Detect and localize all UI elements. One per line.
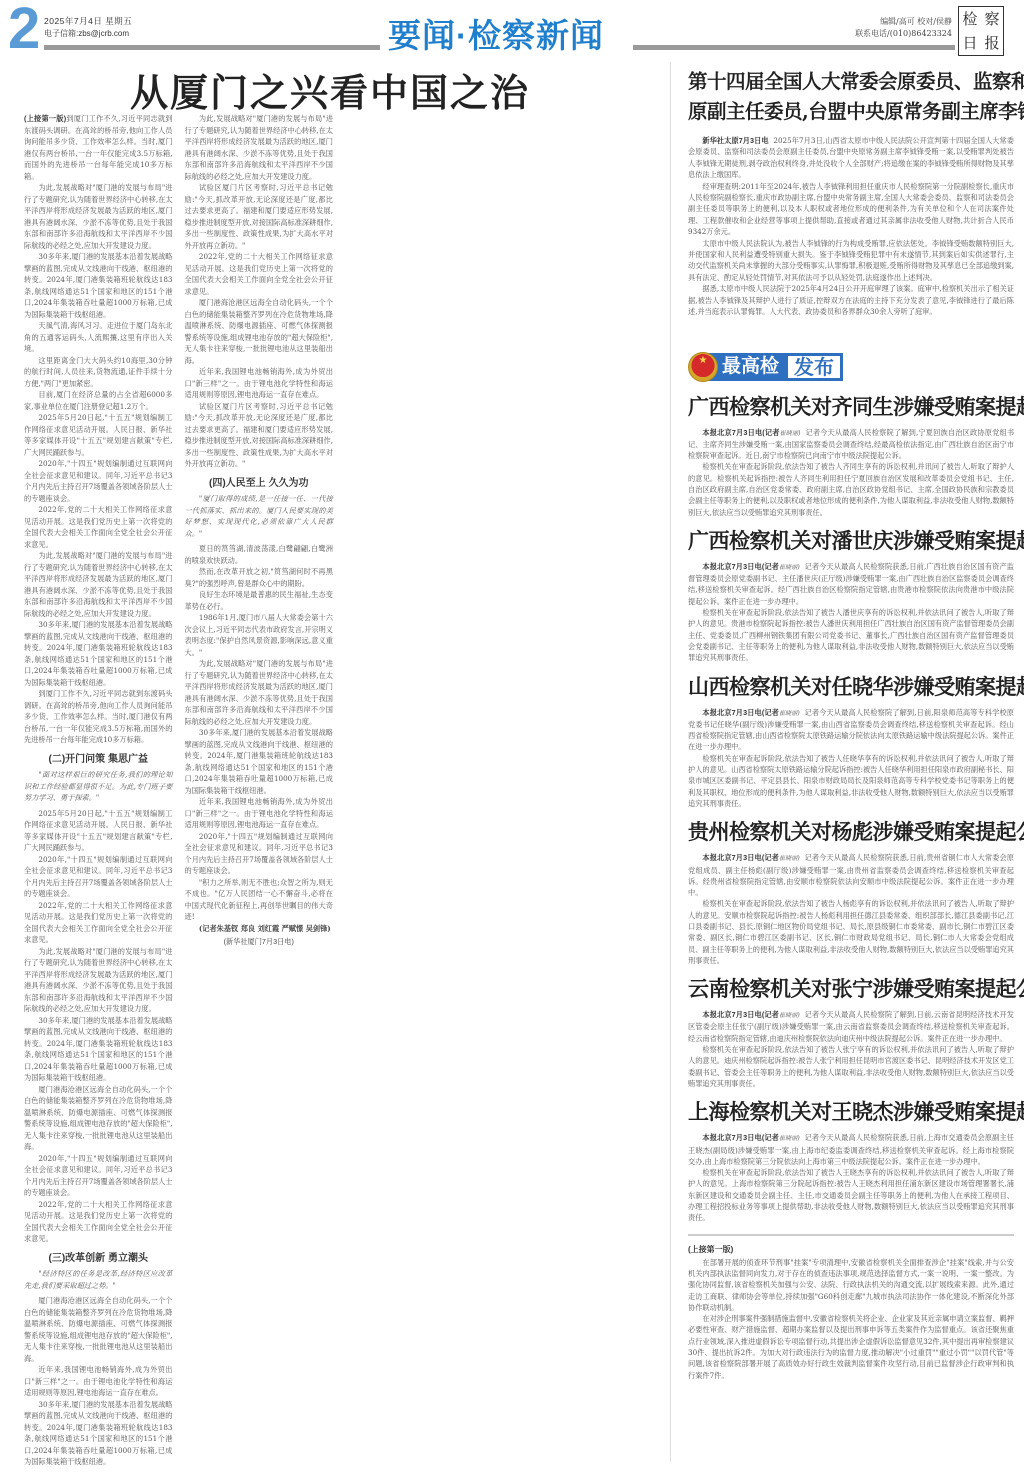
article-paragraph: 2020年,"十四五"规划编制通过互联网向全社会征求意见和建议。同年,习近平总书…	[185, 831, 334, 877]
case-article: 上海检察机关对王晓杰涉嫌受贿案提起公诉 本报北京7月3日电(记者崔晓丽) 记者今…	[688, 1097, 1014, 1223]
article-paragraph: 为此,发展战略对"厦门港的发展与布局"进行了专题研究,认为随着世界经济中心转移,…	[24, 946, 173, 1015]
case-article: 广西检察机关对齐同生涉嫌受贿案提起公诉 本报北京7月3日电(记者崔晓丽) 记者今…	[688, 392, 1014, 518]
masthead-rule-right	[633, 45, 955, 50]
issue-date: 2025年7月4日 星期五	[44, 15, 132, 27]
case-article: 云南检察机关对张宁涉嫌受贿案提起公诉 本报北京7月3日电(记者崔晓丽) 记者今天…	[688, 974, 1014, 1089]
article-paragraph: 为此,发展战略对"厦门港的发展与布局"进行了专题研究,认为随着世界经济中心转移,…	[24, 182, 173, 251]
contact-phone: 联系电话/(010)86423324	[855, 28, 952, 39]
lead-story-headline-line1: 第十四届全国人大常委会原委员、监察和司法委员会	[688, 67, 1014, 97]
article-paragraph: 本报北京7月3日电(记者崔晓丽) 记者今天从最高人民检察院了解到,日前,阳泉师范…	[688, 707, 1014, 753]
main-article-body: (上接第一版)到厦门工作不久,习近平同志就到东渡码头调研。在高耸的桥吊旁,他向工…	[24, 113, 654, 1468]
email-address[interactable]: 电子信箱:zbs@jcrb.com	[44, 28, 129, 39]
banner-label-main: 最高检	[708, 353, 785, 381]
article-paragraph: 为此,发展战略对"厦门港的发展与布局"进行了专题研究,认为随着世界经济中心转移,…	[185, 658, 334, 727]
procuratorate-emblem-icon	[688, 352, 718, 382]
article-paragraph: 2020年,"十四五"规划编制通过互联网向全社会征求意见和建议。同年,习近平总书…	[24, 1153, 173, 1199]
column-divider	[670, 62, 671, 1462]
section-subhead: (三)改革创新 勇立潮头	[24, 1253, 173, 1265]
article-paragraph: 近年来,我国锂电池畅销海外,成为外贸出口"新三样"之一。由于锂电池化学特性和海运…	[24, 1364, 173, 1399]
article-paragraph: 夏日的筼筜湖,清波荡漾,白鹭翩翩,白鹭洲的喷泉欢快跃动。	[185, 543, 334, 566]
article-paragraph: 30多年来,厦门港的发展基本沿着发展战略擘画的蓝图,完成从文线港向干线港、枢纽港…	[24, 1015, 173, 1084]
logo-char: 报	[981, 31, 1003, 55]
banner-label-sub: 发布	[785, 353, 843, 381]
article-paragraph: 天風气清,海风习习。走进位于厦门岛东北角的五通客运码头,人流熙攘,这里有序出入关…	[24, 320, 173, 355]
continued-article: (上接第一版) 在部署开展的侦查环节刑事"挂案"专项清理中,安徽省检察机关全面排…	[688, 1244, 1014, 1381]
article-paragraph: 2025年5月20日起,"十五五"规划编制工作网络征求意见活动开展。人民日报、新…	[24, 808, 173, 854]
article-paragraph: 本报北京7月3日电(记者崔晓丽) 记者今天从最高人民检察院了解到,宁夏回族自治区…	[688, 427, 1014, 462]
article-paragraph: 2022年,党的二十大相关工作网络征求意见活动开展。这是我们党历史上第一次将党的…	[185, 251, 334, 297]
article-paragraph: 检察机关在审查起诉阶段,依法告知了被告人潘世庆享有的诉讼权利,并依法讯问了被告人…	[688, 607, 1014, 663]
case-body: 本报北京7月3日电(记者崔晓丽) 记者今天从最高人民检察院了解到,日前,阳泉师范…	[688, 707, 1014, 810]
main-article-headline: 从厦门之兴看中国之治	[0, 62, 660, 117]
editor-credits: 编辑/高可 校对/侯静	[880, 16, 952, 27]
article-paragraph: 1986年1月,厦门市八届人大常委会第十六次会议上,习近平同志代表市政府发言,开…	[185, 612, 334, 658]
masthead-rule-left	[44, 45, 380, 50]
lead-story-headline-line2: 原副主任委员,台盟中央原常务副主席李钺锋受贿案一审宣判	[688, 97, 1014, 127]
article-paragraph: 良好生态环境是最普惠的民生福祉,生态变革势在必行。	[185, 589, 334, 612]
article-paragraph: 到厦门工作不久,习近平同志就到东渡码头调研。在高耸的桥吊旁,他向工作人员询问能吊…	[24, 688, 173, 746]
article-paragraph: "积力之所举,则无不胜也;众智之所为,则无不成也。"亿万人民团结一心不懈奋斗,必…	[185, 877, 334, 923]
case-body: 本报北京7月3日电(记者崔晓丽) 记者今天从最高人民检察院了解到,宁夏回族自治区…	[688, 427, 1014, 518]
continued-body: 在部署开展的侦查环节刑事"挂案"专项清理中,安徽省检察机关全面排查涉企"挂案"线…	[688, 1257, 1014, 1381]
article-paragraph: 经审理查明:2011年至2024年,被告人李钺锋利用担任重庆市人民检察院第一分院…	[688, 181, 1014, 238]
case-body: 本报北京7月3日电(记者崔晓丽) 记者今天从最高人民检察院了解到,日前,云南省昆…	[688, 1009, 1014, 1089]
continued-tag: (上接第一版)	[688, 1244, 1014, 1255]
article-paragraph: 30多年来,厦门港的发展基本沿着发展战略擘画的蓝图,完成从文线港向干线港、枢纽港…	[24, 619, 173, 688]
article-paragraph: 然而,在改革开放之初,"筼筜湖何时不再黑臭?"的强烈呼声,曾是群众心中的期盼。	[185, 566, 334, 589]
spp-release-banner: 最高检 发布	[688, 350, 1014, 384]
case-headline: 广西检察机关对齐同生涉嫌受贿案提起公诉	[688, 392, 1014, 422]
lead-story-body: 新华社太原7月3日电 2025年7月3日,山西省太原市中级人民法院公开宣判第十四…	[688, 135, 1014, 318]
section-quote: "经济特区的任务是改革,经济特区应改革先走,我们要采取超过之势。"	[24, 1268, 173, 1291]
article-paragraph: 据悉,太原市中级人民法院于2025年4月24日公开开庭审理了该案。庭审中,检察机…	[688, 283, 1014, 317]
newspaper-logo: 检 察 日 报	[958, 6, 1004, 56]
page-number: 2	[8, 2, 40, 56]
article-paragraph: 近年来,我国锂电池畅销海外,成为外贸出口"新三样"之一。由于锂电池化学特性和海运…	[185, 796, 334, 831]
section-title: 要闻·检察新闻	[388, 10, 604, 57]
article-paragraph: 目前,厦门在经济总量的占全省超6000多家,事业单位在厦门注册登记超1.2万个。	[24, 389, 173, 412]
article-paragraph: 为此,发展战略对"厦门港的发展与布局"进行了专题研究,认为随着世界经济中心转移,…	[24, 550, 173, 619]
case-body: 本报北京7月3日电(记者崔晓丽) 记者今天从最高人民检察院获悉,日前,广西壮族自…	[688, 561, 1014, 664]
article-paragraph: 厦门港海沧港区远海全自动化码头,一个个白色的储能集装箱整齐罗列在冷危货物堆场,降…	[24, 1084, 173, 1153]
article-paragraph: 2020年,"十四五"规划编制通过互联网向全社会征求意见和建议。同年,习近平总书…	[24, 458, 173, 504]
article-paragraph: 新华社太原7月3日电 2025年7月3日,山西省太原市中级人民法院公开宣判第十四…	[688, 135, 1014, 181]
case-body: 本报北京7月3日电(记者崔晓丽) 记者今天从最高人民检察院获悉,日前,贵州省铜仁…	[688, 852, 1014, 966]
case-headline: 广西检察机关对潘世庆涉嫌受贿案提起公诉	[688, 526, 1014, 556]
article-paragraph: 30多年来,厦门港的发展基本沿着发展战略擘画的蓝图,完成从文线港向干线港、枢纽港…	[185, 727, 334, 796]
article-paragraph: 在对涉企刑事案件强制措施监督中,安徽省检察机关将企业、企业家及其近亲属申请立案监…	[688, 1313, 1014, 1381]
article-paragraph: 检察机关在审查起诉阶段,依法告知了被告人任晓华享有的诉讼权利,并依法讯问了被告人…	[688, 753, 1014, 809]
article-paragraph: 为此,发展战略对"厦门港的发展与布局"进行了专题研究,认为随着世界经济中心转移,…	[185, 113, 334, 182]
section-quote: "面对这样艰巨的研究任务,我们的理论知识和工作经验都显得很不足。为此,专门班子要…	[24, 769, 173, 804]
case-article: 山西检察机关对任晓华涉嫌受贿案提起公诉 本报北京7月3日电(记者崔晓丽) 记者今…	[688, 672, 1014, 810]
article-paragraph: 2020年,"十四五"规划编制通过互联网向全社会征求意见和建议。同年,习近平总书…	[24, 854, 173, 900]
article-paragraph: 近年来,我国锂电池畅销海外,成为外贸出口"新三样"之一。由于锂电池化学特性和海运…	[185, 366, 334, 401]
right-column: 第十四届全国人大常委会原委员、监察和司法委员会 原副主任委员,台盟中央原常务副主…	[688, 60, 1014, 1381]
continued-tag: (上接第一版)	[24, 114, 66, 123]
article-paragraph: 2022年,党的二十大相关工作网络征求意见活动开展。这是我们党历史上第一次将党的…	[24, 1199, 173, 1245]
case-article: 广西检察机关对潘世庆涉嫌受贿案提起公诉 本报北京7月3日电(记者崔晓丽) 记者今…	[688, 526, 1014, 664]
article-paragraph: 30多年来,厦门港的发展基本沿着发展战略擘画的蓝图,完成从文线港向干线港、枢纽港…	[24, 1399, 173, 1468]
article-paragraph: 检察机关在审查起诉阶段,依法告知了被告人张宁享有的诉讼权利,并依法讯问了被告人,…	[688, 1044, 1014, 1089]
article-paragraph: 本报北京7月3日电(记者崔晓丽) 记者今天从最高人民检察院获悉,日前,广西壮族自…	[688, 561, 1014, 607]
article-paragraph: 厦门港海沧港区远海全自动化码头,一个个白色的储能集装箱整齐罗列在冷危货物堆场,降…	[24, 1295, 173, 1364]
section-quote: "厦门取得的成绩,是一任接一任、一代接一代抓落实、抓出来的。厦门人民要实现的美好…	[185, 493, 334, 539]
logo-char: 察	[981, 7, 1003, 31]
case-body: 本报北京7月3日电(记者崔晓丽) 记者今天从最高人民检察院获悉,日前,上海市交通…	[688, 1132, 1014, 1223]
article-paragraph: 本报北京7月3日电(记者崔晓丽) 记者今天从最高人民检察院获悉,日前,上海市交通…	[688, 1132, 1014, 1167]
article-paragraph: 检察机关在审查起诉阶段,依法告知了被告人王晓杰享有的诉讼权利,并依法讯问了被告人…	[688, 1167, 1014, 1223]
lead-story: 第十四届全国人大常委会原委员、监察和司法委员会 原副主任委员,台盟中央原常务副主…	[688, 67, 1014, 318]
article-paragraph: 这里距离金门大大码头约10海里,30分钟的航行时间,人员往来,货物流通,证件手续…	[24, 355, 173, 390]
article-paragraph: 检察机关在审查起诉阶段,依法告知了被告人齐同生享有的诉讼权利,并讯问了被告人,听…	[688, 461, 1014, 517]
article-paragraph: 太原市中级人民法院认为,被告人李钺锋的行为构成受贿罪,应依法惩处。李钺锋受贿数额…	[688, 238, 1014, 284]
case-article: 贵州检察机关对杨彪涉嫌受贿案提起公诉 本报北京7月3日电(记者崔晓丽) 记者今天…	[688, 817, 1014, 966]
logo-char: 检	[959, 7, 981, 31]
article-paragraph: 2022年,党的二十大相关工作网络征求意见活动开展。这是我们党历史上第一次将党的…	[24, 900, 173, 946]
article-paragraph: 在部署开展的侦查环节刑事"挂案"专项清理中,安徽省检察机关全面排查涉企"挂案"线…	[688, 1257, 1014, 1313]
case-headline: 山西检察机关对任晓华涉嫌受贿案提起公诉	[688, 672, 1014, 702]
article-paragraph: 试验区厦门片区考察时,习近平总书记勉励:"今天,抓改革开放,无论深度还是广度,都…	[185, 182, 334, 251]
section-divider	[688, 1234, 1014, 1236]
article-paragraph: 检察机关在审查起诉阶段,依法告知了被告人杨彪享有的诉讼权利,并依法讯问了被告人,…	[688, 898, 1014, 966]
article-paragraph: (上接第一版)到厦门工作不久,习近平同志就到东渡码头调研。在高耸的桥吊旁,他向工…	[24, 113, 173, 182]
article-paragraph: 试验区厦门片区考察时,习近平总书记勉励:"今天,抓改革开放,无论深度还是广度,都…	[185, 401, 334, 470]
reporter-byline: (记者朱基钗 郑良 刘红霞 严赋憬 吴剑锋)	[185, 923, 334, 935]
case-headline: 贵州检察机关对杨彪涉嫌受贿案提起公诉	[688, 817, 1014, 847]
article-paragraph: 厦门港海沧港区远海全自动化码头,一个个白色的储能集装箱整齐罗列在冷危货物堆场,降…	[185, 297, 334, 366]
case-headline: 上海检察机关对王晓杰涉嫌受贿案提起公诉	[688, 1097, 1014, 1127]
news-dateline: 新华社太原7月3日电	[702, 136, 768, 145]
article-paragraph: 2022年,党的二十大相关工作网络征求意见活动开展。这是我们党历史上第一次将党的…	[24, 504, 173, 550]
news-dateline: (新华社厦门7月3日电)	[185, 936, 334, 948]
logo-char: 日	[959, 31, 981, 55]
article-paragraph: 30多年来,厦门港的发展基本沿着发展战略擘画的蓝图,完成从文线港向干线港、枢纽港…	[24, 251, 173, 320]
article-paragraph: 本报北京7月3日电(记者崔晓丽) 记者今天从最高人民检察院了解到,日前,云南省昆…	[688, 1009, 1014, 1044]
article-paragraph: 本报北京7月3日电(记者崔晓丽) 记者今天从最高人民检察院获悉,日前,贵州省铜仁…	[688, 852, 1014, 898]
article-paragraph: 2025年5月20日起,"十五五"规划编制工作网络征求意见活动开展。人民日报、新…	[24, 412, 173, 458]
case-headline: 云南检察机关对张宁涉嫌受贿案提起公诉	[688, 974, 1014, 1004]
section-subhead: (二)开门问策 集思广益	[24, 754, 173, 766]
masthead: 2 2025年7月4日 星期五 电子信箱:zbs@jcrb.com 要闻·检察新…	[0, 0, 1024, 58]
section-subhead: (四)人民至上 久久为功	[185, 478, 334, 490]
